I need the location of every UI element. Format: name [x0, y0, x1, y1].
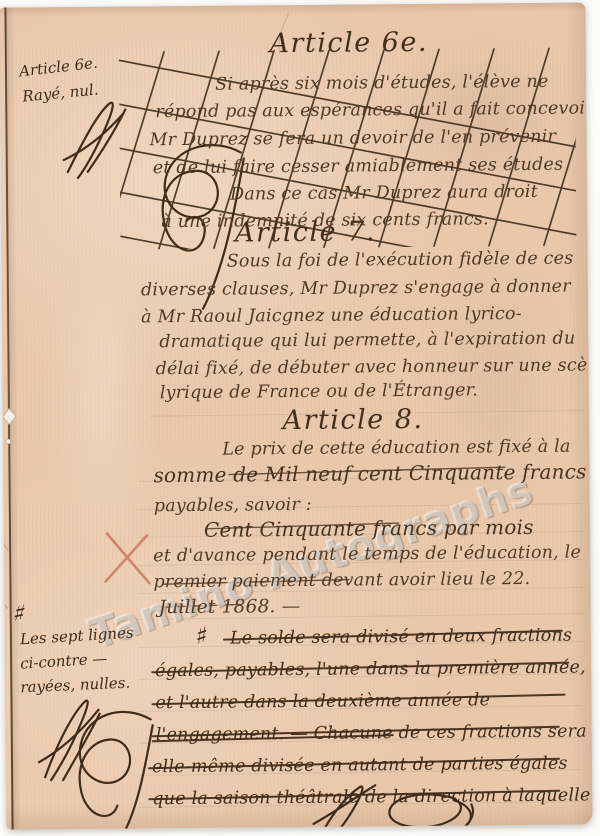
cancelled-line: et l'autre dans la deuxième année de — [155, 690, 490, 713]
article6-line: Mr Duprez se fera un devoir de l'en prév… — [150, 127, 557, 151]
margin-note-bottom-line3: rayées, nulles. — [20, 674, 131, 697]
article8-line: premier paiement devant avoir lieu le 22… — [153, 569, 530, 592]
paraph-initials-left-1 — [38, 701, 100, 781]
article8-line: Cent Cinquante francs par mois — [204, 515, 534, 542]
article8-line: Juillet 1868. — — [159, 596, 301, 618]
article6-line: Si après six mois d'études, l'élève ne — [215, 72, 549, 95]
article7-line: diverses clauses, Mr Duprez s'engage à d… — [141, 277, 571, 301]
article8-line: et d'avance pendant le temps de l'éducat… — [153, 543, 581, 567]
hash-cancellation-mark: ♯ — [194, 620, 209, 650]
cancelled-line: que la saison théâtrale de la direction … — [152, 785, 590, 809]
manuscript-page: Tamino Autographs Article 6e. Si après s… — [0, 2, 593, 829]
article7-line: Sous la foi de l'exécution fidèle de ces — [227, 249, 574, 272]
paraph-initials-left-2 — [79, 712, 154, 830]
red-edge-marks — [2, 543, 9, 609]
article6-line: et de lui faire cesser amiablement ses é… — [153, 155, 564, 179]
article6-line: répond pas aux espérances qu'il a fait c… — [155, 98, 592, 122]
red-x-mark — [105, 533, 149, 583]
article8-line: somme de Mil neuf cent Cinquante francs — [153, 459, 586, 487]
article7-line: lyrique de France ou de l'Étranger. — [160, 380, 478, 403]
page-content: Tamino Autographs Article 6e. Si après s… — [0, 2, 593, 829]
margin-note-top-line1: Article 6e. — [18, 54, 98, 81]
article8-line: Le prix de cette éducation est fixé à la — [222, 437, 570, 460]
article8-heading: Article 8. — [282, 404, 423, 436]
article7-line: à Mr Raoul Jaicgnez une éducation lyrico… — [141, 304, 522, 327]
article7-heading: Article 7. — [235, 216, 376, 248]
scanned-manuscript: Tamino Autographs Article 6e. Si après s… — [0, 0, 600, 836]
margin-note-bottom-line2: ci-contre — — [20, 649, 108, 672]
paraph-initials-top-1 — [63, 103, 126, 178]
margin-note-top-line2: Rayé, nul. — [21, 80, 99, 105]
article7-line: délai fixé, de débuter avec honneur sur … — [155, 355, 592, 379]
cancelled-line: égales, payables, l'une dans la première… — [155, 657, 586, 681]
cancelled-line: elle-même divisée en autant de parties é… — [152, 754, 568, 778]
article7-line: dramatique qui lui permette, à l'expirat… — [159, 329, 575, 353]
article8-line: payables, savoir : — [154, 495, 312, 516]
article6-line: Dans ce cas Mr Duprez aura droit — [230, 182, 538, 205]
cancelled-line: Le solde sera divisé en deux fractions — [230, 626, 572, 649]
article6-heading: Article 6e. — [269, 27, 428, 59]
cancelled-line: l'engagement. — Chacune de ces fractions… — [156, 721, 587, 745]
